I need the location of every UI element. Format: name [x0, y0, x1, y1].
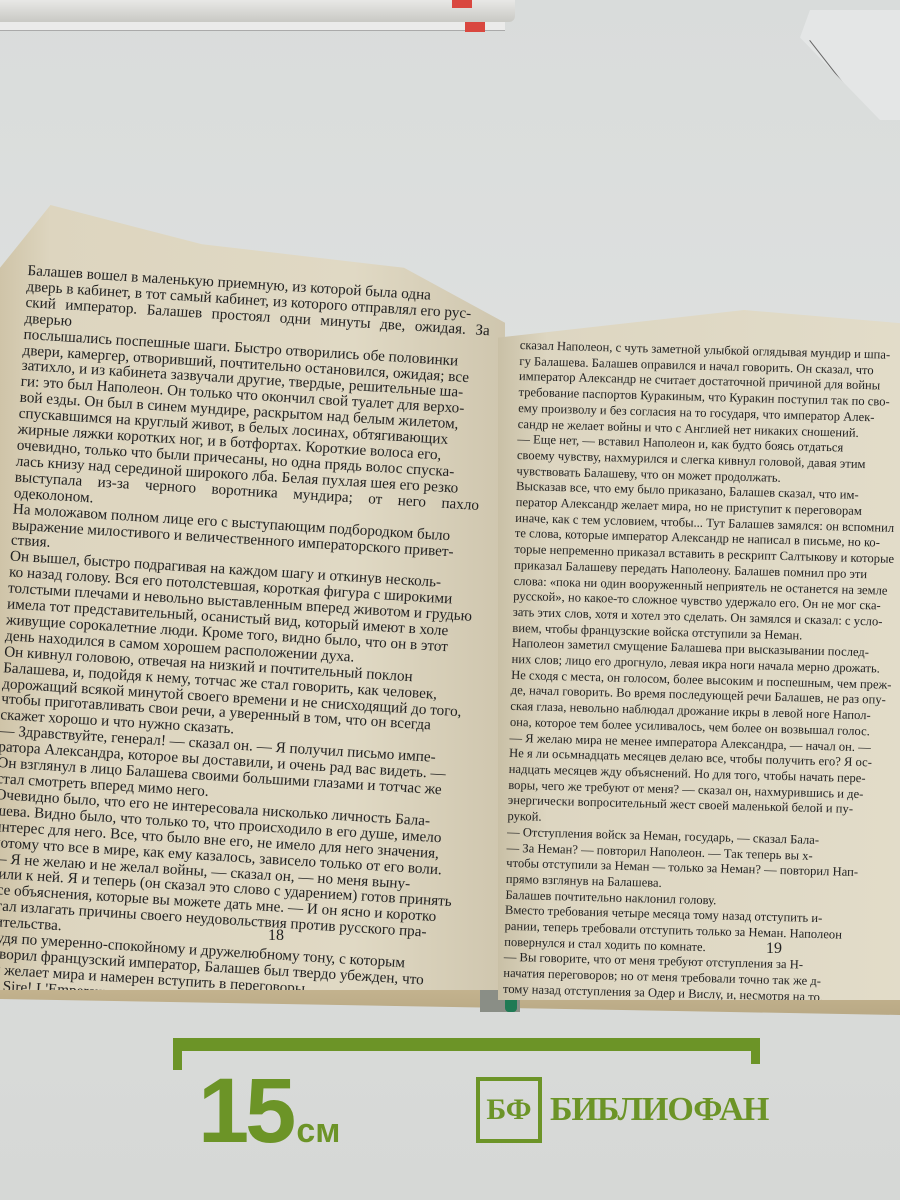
left-page: Балашев вошел в маленькую приемную, из к… [0, 205, 505, 990]
book-cover [0, 0, 515, 22]
book-logo-icon: БФ [476, 1077, 542, 1143]
paper-sheet [800, 10, 900, 120]
page-number-left: 18 [268, 927, 284, 945]
logo-name: БИБЛИОФАН [550, 1091, 768, 1129]
bibliofan-logo: БФ БИБЛИОФАН [476, 1075, 768, 1145]
left-page-text: Балашев вошел в маленькую приемную, из к… [0, 263, 492, 990]
right-page-text: сказал Наполеон, с чуть заметной улыбкой… [499, 338, 900, 1000]
background-book [0, 0, 520, 32]
book-cover-lower [0, 22, 505, 31]
red-band [452, 0, 472, 8]
size-value: 15 [198, 1060, 292, 1162]
size-label: 15см [198, 1065, 340, 1157]
red-band [465, 22, 485, 32]
right-page: сказал Наполеон, с чуть заметной улыбкой… [498, 310, 900, 1000]
size-unit: см [296, 1112, 340, 1150]
page-number-right: 19 [766, 940, 782, 958]
open-book: Балашев вошел в маленькую приемную, из к… [0, 200, 900, 1020]
